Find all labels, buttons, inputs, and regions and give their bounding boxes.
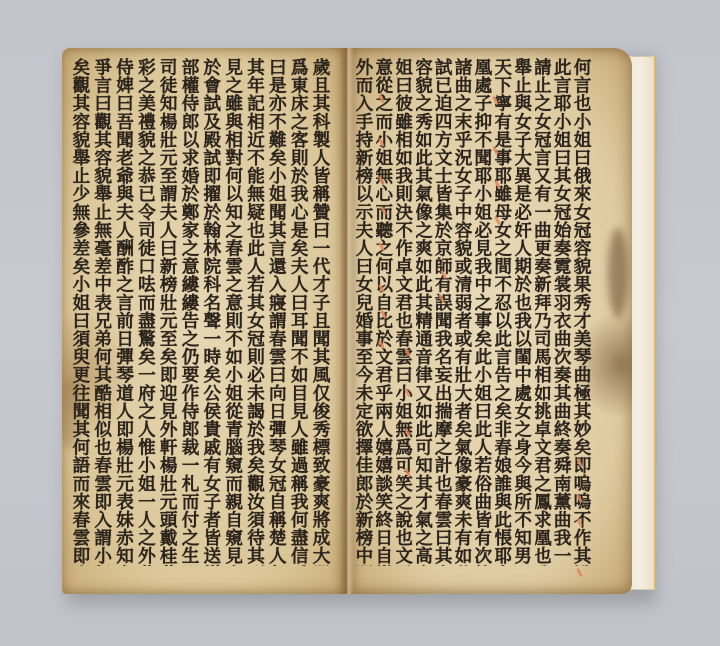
text-column: 容貌之秀如此其氣像之爽如此其精通音律又如此可知其才氣之高矣安知其非真相如乎小 [416,58,436,566]
text-column: 此言耶小姐曰其女冠始奏霓裳羽衣曲次奏其曲終奏舜南薰曲我一一評論遵季札之言仍 [554,58,574,566]
text-column: 凰處子抑不聞耶小姐必見我中之事矣此小姐曰此人若俗曲皆有次第君使無心於鳳之曲何必奏 [475,58,495,566]
text-column: 其年記相近不能無疑也此人若其女冠則必未謁於我矣觀汝須待其到留意而見之春雲曰其人妾… [245,58,267,566]
left-page-text-columns: 歲且其科製人皆稱贊曰一代才子且聞其風仅俊秀標致豪爽將成大器而今亦娶妻真侍史人 爲… [70,58,332,566]
text-column: 於會試及殿試即擢於翰林院科名聲一時矣公侯貴戚有女子者皆送媒妾而翰林盡卻之往見禮 [201,58,223,566]
book-gutter [340,48,354,594]
manuscript-photo: 歲且其科製人皆稱贊曰一代才子且聞其風仅俊秀標致豪爽將成大器而今亦娶妻真侍史人 爲… [0,0,720,646]
text-column: 意從之而小姐無心而聽之何以自比於文君乎兩人嬉嬉談笑終日自樂一日小姐侍夫人而坐司徒… [376,58,396,566]
left-page: 歲且其科製人皆稱贊曰一代才子且聞其風仅俊秀標致豪爽將成大器而今亦娶妻真侍史人 爲… [62,48,346,594]
text-column: 矣觀其容貌舉止少無參差矣小姐曰須臾更往聞其何語而來春雲即出久而還言曰老 [70,58,92,566]
text-column: 歲且其科製人皆稱贊曰一代才子且聞其風仅俊秀標致豪爽將成大器而今亦娶妻真侍史人 [310,58,332,566]
text-column: 舉止與女子大異是必奸人期於也我以閨中處女之身今與所不知男子半日對坐霧面接語 [515,58,535,566]
right-page: 何言也小姐曰俄來女冠容貌果秀才美琴曲極其妙矣即嗚嗚不作其說春娘曰其人第何如有 此… [346,48,632,594]
text-column: 爭言曰觀其容貌舉止無毫差中表兄弟何其酷相似也春雲即入謂小姐曰小姐明鑑果是不差 [92,58,114,566]
text-column: 部權侍郎以求婚於鄭家之意縷縷告之仍要作侍郎裁一札而付之生即袖往鄭司徒家通姓名 [179,58,201,566]
text-column: 試已迫四方文士皆集於京師有誤聞我名妄出揣摩之計也春雲曰其女冠果是男子則其 [435,58,455,566]
right-page-text-columns: 何言也小姐曰俄來女冠容貌果秀才美琴曲極其妙矣即嗚嗚不作其說春娘曰其人第何如有 此… [356,58,594,566]
text-column: 侍婢曰吾聞老爺與夫人酬酢之言前日彈琴道人即楊壯元表妹赤知容貌果與楊妹有彷彿處耶 [114,58,136,566]
text-column: 見之雖與相對何以知之春雲之意則不如小姐從青腦窺而親自窺見矣兩人相視而笑此時楊少游… [223,58,245,566]
text-column: 天下寧有是事耶雖母女之間不忍以此言告之矣非春娘誰與此悵耶春雲笑曰相如鳳求 [495,58,515,566]
text-column: 諸曲之末乎況女子中容貌或清弱者或有壯大者矣氣像豪爽未有如此人者也余意則國 [455,58,475,566]
text-column: 何言也小姐曰俄來女冠容貌果秀才美琴曲極其妙矣即嗚嗚不作其說春娘曰其人第何如有 [574,58,594,566]
text-column: 爲東床之客則於我心是矣夫人曰耳聞不如目見人雖過稱我何盡信乎也親見而後方可定之矣司… [288,58,310,566]
text-column: 外而入手持新榜以示夫人曰女兒婚事至今未定欲擇佳郎於新榜中聞壯元楊少游淮南人時年十… [356,58,376,566]
edge-stain [608,228,628,318]
text-column: 司徒知楊壯元至謂夫人曰新榜壯元至矣即迎見外軒楊壯元頭戴桂花身擁仙樂進拜司徒風 [157,58,179,566]
text-column: 姐曰彼雖相如我則決不作卓文君也春雲曰小姐無爲可笑之說也文君寡婦小姐處子也文君有 [396,58,416,566]
text-column: 曰是亦不難矣小姐聞其言還入寢謂春雲曰向日彈琴女冠自稱楚人年十六七歲淮南即楚地且 [267,58,289,566]
text-column: 彩之美禮貌之恭已令司徒口呿而盡驚矣一府之人惟小姐一人之外莫不奔走爭見春雲與 [136,58,158,566]
text-column: 請止之女冠言又有一曲更奏新拜乃司馬相如挑卓文君之鳳求凰也我始有意而視之其容貌 [535,58,555,566]
